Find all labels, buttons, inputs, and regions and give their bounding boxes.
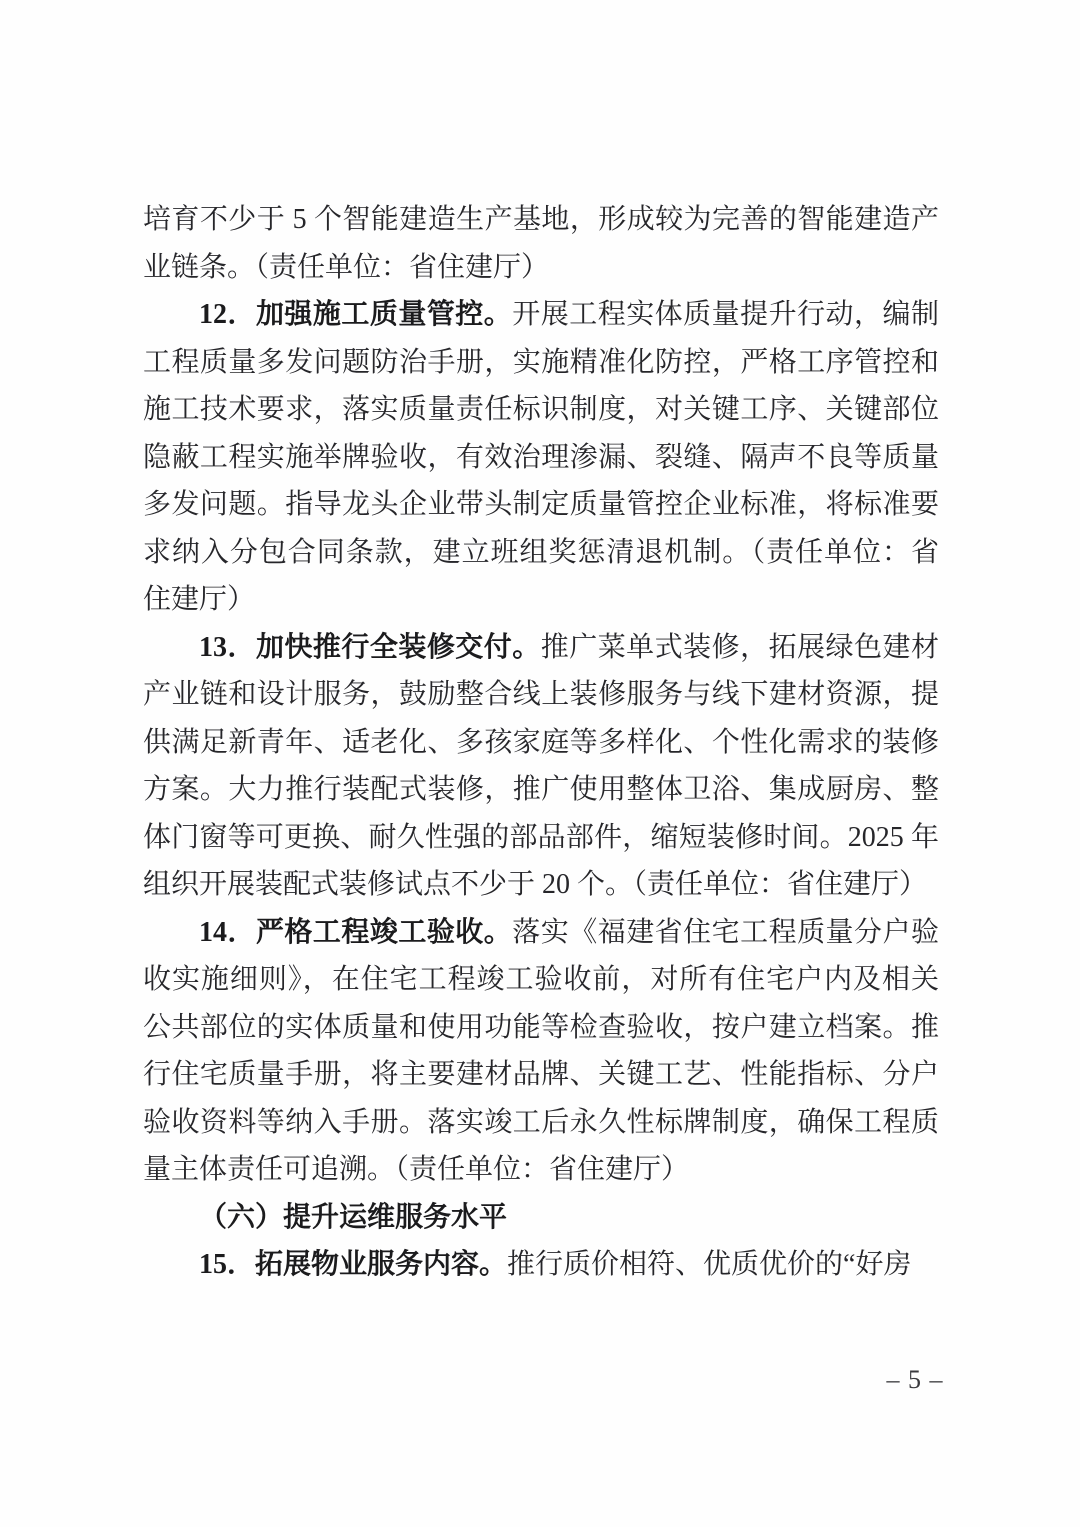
paragraph-6: 15．拓展物业服务内容。推行质价相符、优质优价的“好房 bbox=[143, 1241, 939, 1289]
paragraph-lead-text: 15．拓展物业服务内容。 bbox=[199, 1249, 507, 1280]
paragraph-3: 13．加快推行全装修交付。推广菜单式装修，拓展绿色建材产业链和设计服务，鼓励整合… bbox=[143, 624, 939, 909]
paragraph-4: 14．严格工程竣工验收。落实《福建省住宅工程质量分户验收实施细则》，在住宅工程竣… bbox=[143, 909, 939, 1194]
paragraph-lead-text: 12．加强施工质量管控。 bbox=[199, 299, 512, 330]
paragraph-body-text: 落实《福建省住宅工程质量分户验收实施细则》，在住宅工程竣工验收前，对所有住宅户内… bbox=[143, 917, 939, 1186]
paragraph-2: 12．加强施工质量管控。开展工程实体质量提升行动，编制工程质量多发问题防治手册，… bbox=[143, 291, 939, 624]
page-number: – 5 – bbox=[872, 1360, 958, 1400]
document-page: 培育不少于 5 个智能建造生产基地，形成较为完善的智能建造产业链条。（责任单位：… bbox=[0, 0, 1080, 1527]
paragraph-lead-text: 13．加快推行全装修交付。 bbox=[199, 632, 541, 663]
paragraph-lead-text: 14．严格工程竣工验收。 bbox=[199, 917, 512, 948]
paragraph-lead-text: （六）提升运维服务水平 bbox=[199, 1202, 507, 1233]
paragraph-body-text: 推广菜单式装修，拓展绿色建材产业链和设计服务，鼓励整合线上装修服务与线下建材资源… bbox=[143, 632, 939, 901]
section-heading: （六）提升运维服务水平 bbox=[143, 1194, 939, 1242]
paragraph-body-text: 开展工程实体质量提升行动，编制工程质量多发问题防治手册，实施精准化防控，严格工序… bbox=[143, 299, 939, 615]
document-body: 培育不少于 5 个智能建造生产基地，形成较为完善的智能建造产业链条。（责任单位：… bbox=[143, 196, 939, 1289]
paragraph-1: 培育不少于 5 个智能建造生产基地，形成较为完善的智能建造产业链条。（责任单位：… bbox=[143, 196, 939, 291]
paragraph-body-text: 培育不少于 5 个智能建造生产基地，形成较为完善的智能建造产业链条。（责任单位：… bbox=[143, 204, 939, 283]
paragraph-body-text: 推行质价相符、优质优价的“好房 bbox=[507, 1249, 911, 1280]
